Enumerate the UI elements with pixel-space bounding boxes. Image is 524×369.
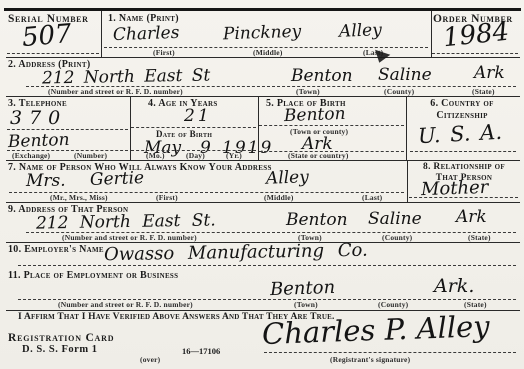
name-first-value: Charles <box>113 25 180 44</box>
contact-first-value: Gertie <box>90 170 145 189</box>
age-years-value: 21 <box>184 108 212 125</box>
employment-sub-state: (State) <box>464 300 487 309</box>
telephone-number-value: 370 <box>10 109 67 128</box>
contact-address-town-value: Benton <box>286 212 348 229</box>
contact-address-state-value: Ark <box>456 209 487 226</box>
signature-sub-label: (Registrant's signature) <box>330 355 410 364</box>
age-box: 4. Age in Years 21 Date of Birth May 9 1… <box>130 96 259 160</box>
contact-box: 7. Name of Person Who Will Always Know Y… <box>6 160 408 202</box>
registration-card: Serial Number 507 1. Name (Print) Charle… <box>0 0 524 369</box>
contact-sub-first: (First) <box>156 193 178 202</box>
dob-sub-year: (Yr.) <box>226 151 242 160</box>
birthplace-town-value: Benton <box>284 106 346 125</box>
contact-address-sub-county: (County) <box>382 233 412 242</box>
dob-sub-day: (Day) <box>186 151 205 160</box>
citizenship-box: 6. Country of Citizenship U. S. A. <box>406 96 520 160</box>
serial-number-value: 507 <box>21 21 73 51</box>
contact-address-sub-street: (Number and street or R. F. D. number) <box>62 233 197 242</box>
row-contact-address: 9. Address of That Person 212 North East… <box>6 202 520 243</box>
contact-sub-title: (Mr., Mrs., Miss) <box>50 193 108 202</box>
name-box: 1. Name (Print) Charles Pinckney Alley (… <box>101 11 432 57</box>
citizenship-line <box>410 151 516 152</box>
citizenship-label: 6. Country of Citizenship <box>416 98 508 121</box>
contact-last-value: Alley <box>266 169 309 187</box>
address-state-value: Ark <box>474 65 505 82</box>
employer-label: 10. Employer's Name <box>8 244 104 255</box>
telephone-sub-exchange: (Exchange) <box>12 151 50 160</box>
telephone-box: 3. Telephone 370 Benton (Exchange) (Numb… <box>6 96 131 160</box>
employment-sub-town: (Town) <box>294 300 318 309</box>
address-street-value: 212 North East St <box>42 68 211 88</box>
citizenship-value: U. S. A. <box>418 122 503 147</box>
employment-sub-street: (Number and street or R. F. D. number) <box>58 300 193 309</box>
row-details: 3. Telephone 370 Benton (Exchange) (Numb… <box>6 96 520 161</box>
print-code: 16—17106 <box>182 346 220 356</box>
dob-sub-month: (Mo.) <box>146 151 165 160</box>
contact-address-county-value: Saline <box>368 211 422 228</box>
signature-write-line <box>264 352 516 353</box>
contact-sub-middle: (Middle) <box>264 193 294 202</box>
contact-address-sub-state: (State) <box>468 233 491 242</box>
birthplace-line-1 <box>259 125 404 126</box>
contact-address-street-value: 212 North East St. <box>36 212 216 232</box>
row-employment: 11. Place of Employment or Business Bent… <box>6 268 520 311</box>
address-county-value: Saline <box>378 67 432 84</box>
employer-value: Owasso Manufacturing Co. <box>104 242 368 265</box>
employment-label: 11. Place of Employment or Business <box>8 270 178 281</box>
card-title: Registration Card <box>8 332 114 344</box>
serial-write-line <box>7 53 99 54</box>
telephone-sub-number: (Number) <box>74 151 107 160</box>
address-sub-state: (State) <box>472 87 495 96</box>
form-id: D. S. S. Form 1 <box>22 344 97 355</box>
address-sub-town: (Town) <box>296 87 320 96</box>
relationship-box: 8. Relationship of That Person Mother <box>407 160 520 202</box>
name-middle-value: Pinckney <box>223 24 302 44</box>
over-note: (over) <box>140 355 160 364</box>
age-line-1 <box>131 127 256 128</box>
row-header: Serial Number 507 1. Name (Print) Charle… <box>6 11 520 58</box>
birthplace-sub-state: (State or country) <box>288 151 349 160</box>
address-sub-street: (Number and street or R. F. D. number) <box>48 87 183 96</box>
row-contact: 7. Name of Person Who Will Always Know Y… <box>6 160 520 203</box>
order-number-box: Order Number 1984 <box>431 11 520 57</box>
serial-number-box: Serial Number 507 <box>6 11 102 57</box>
row-employer: 10. Employer's Name Owasso Manufacturing… <box>6 242 520 268</box>
row-address: 2. Address (Print) 212 North East St Ben… <box>6 57 520 97</box>
name-sub-first: (First) <box>153 48 175 57</box>
name-sub-middle: (Middle) <box>253 48 283 57</box>
contact-sub-last: (Last) <box>362 193 382 202</box>
order-write-line <box>432 53 518 54</box>
employer-write-line <box>18 265 516 266</box>
birthplace-box: 5. Place of Birth Benton (Town or county… <box>258 96 407 160</box>
telephone-exchange-value: Benton <box>8 132 70 151</box>
employment-sub-county: (County) <box>378 300 408 309</box>
name-last-value: Alley <box>339 22 382 40</box>
employment-state-value: Ark. <box>434 277 474 296</box>
registrant-signature-value: Charles P. Alley <box>262 312 491 349</box>
address-town-value: Benton <box>291 68 353 85</box>
order-number-value: 1984 <box>442 19 511 52</box>
relationship-line <box>409 197 518 198</box>
contact-title-value: Mrs. <box>26 173 66 190</box>
employment-town-value: Benton <box>270 279 336 299</box>
address-sub-county: (County) <box>384 87 414 96</box>
